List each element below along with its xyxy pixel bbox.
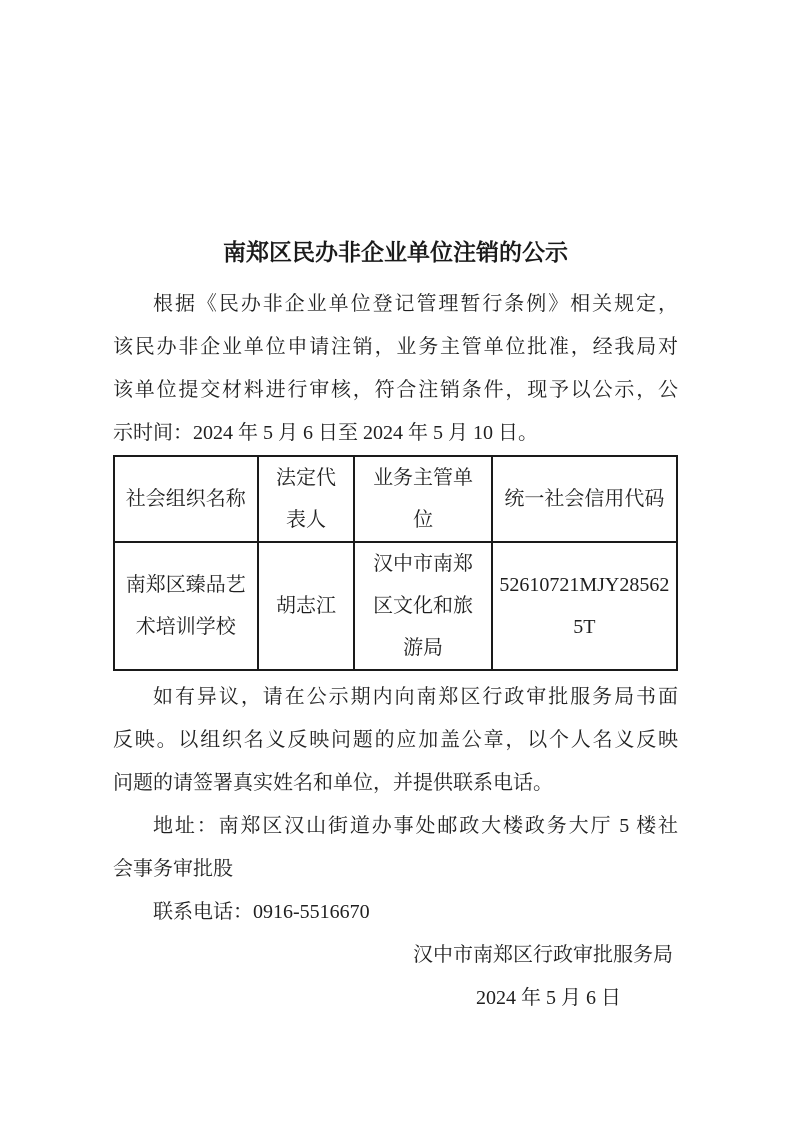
phone-line: 联系电话：0916-5516670 [113, 891, 678, 934]
notice-page: 南郑区民办非企业单位注销的公示 根据《民办非企业单位登记管理暂行条例》相关规定，… [0, 0, 792, 1121]
cell-org-name: 南郑区臻品艺 术培训学校 [114, 542, 258, 670]
objection-line-2: 反映。以组织名义反映问题的应加盖公章，以个人名义反映 [113, 719, 678, 762]
header-supervisor-unit: 业务主管单 位 [354, 456, 491, 542]
cell-credit-code: 52610721MJY28562 5T [492, 542, 677, 670]
objection-line-1: 如有异议，请在公示期内向南郑区行政审批服务局书面 [113, 676, 678, 719]
signature-org: 汉中市南郑区行政审批服务局 [113, 934, 678, 977]
registration-table: 社会组织名称 法定代 表人 业务主管单 位 统一社会信用代码 南郑区臻品艺 术培… [113, 455, 678, 671]
signature-date: 2024 年 5 月 6 日 [113, 977, 678, 1020]
notice-title: 南郑区民办非企业单位注销的公示 [113, 237, 678, 267]
header-legal-rep: 法定代 表人 [258, 456, 355, 542]
address-line-2: 会事务审批股 [113, 848, 678, 891]
intro-line-4: 示时间：2024 年 5 月 6 日至 2024 年 5 月 10 日。 [113, 412, 678, 455]
intro-paragraph: 根据《民办非企业单位登记管理暂行条例》相关规定， 该民办非企业单位申请注销，业务… [113, 283, 678, 455]
objection-paragraph: 如有异议，请在公示期内向南郑区行政审批服务局书面 反映。以组织名义反映问题的应加… [113, 676, 678, 805]
address-line-1: 地址：南郑区汉山街道办事处邮政大楼政务大厅 5 楼社 [113, 805, 678, 848]
intro-line-3: 该单位提交材料进行审核，符合注销条件，现予以公示，公 [113, 369, 678, 412]
header-org-name: 社会组织名称 [114, 456, 258, 542]
address-paragraph: 地址：南郑区汉山街道办事处邮政大楼政务大厅 5 楼社 会事务审批股 [113, 805, 678, 891]
cell-supervisor-unit: 汉中市南郑 区文化和旅 游局 [354, 542, 491, 670]
table-row: 南郑区臻品艺 术培训学校 胡志江 汉中市南郑 区文化和旅 游局 52610721… [114, 542, 677, 670]
header-credit-code: 统一社会信用代码 [492, 456, 677, 542]
intro-line-2: 该民办非企业单位申请注销，业务主管单位批准，经我局对 [113, 326, 678, 369]
intro-line-1: 根据《民办非企业单位登记管理暂行条例》相关规定， [113, 283, 678, 326]
cell-legal-rep: 胡志江 [258, 542, 355, 670]
objection-line-3: 问题的请签署真实姓名和单位，并提供联系电话。 [113, 762, 678, 805]
table-header-row: 社会组织名称 法定代 表人 业务主管单 位 统一社会信用代码 [114, 456, 677, 542]
